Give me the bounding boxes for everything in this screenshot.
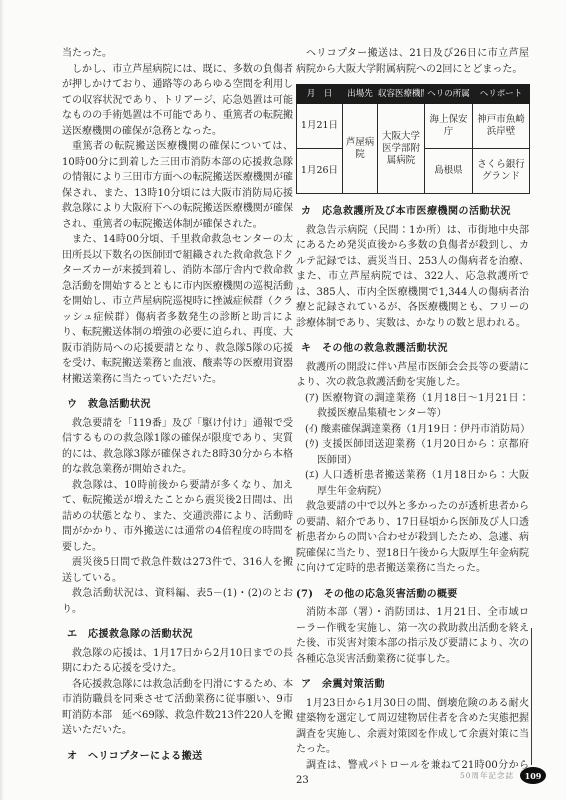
- section-heading-aid-stations: カ 応急救護所及び本市医療機関の活動状況: [301, 204, 529, 220]
- paragraph: 救急活動状況は、資料編、表5－(1)・(2)のとおり。: [62, 586, 293, 617]
- footer-publication-label: 50周年記念誌: [460, 770, 514, 781]
- right-text-column: ヘリコプター搬送は、21日及び26日に市立芦屋病院から大阪大学附属病院への2回に…: [296, 46, 529, 789]
- table-header-row: 月 日 出場先 収容医療機関 ヘリの所属 ヘリポート: [297, 85, 530, 104]
- left-text-column: 当たった。 しかし、市立芦屋病院には、既に、多数の負傷者が押しかけており、通路等…: [62, 46, 293, 767]
- paragraph: 救急要請を「119番」及び「駆け付け」通報で受信するものの救急隊1隊の確保が限度…: [62, 416, 293, 478]
- list-item: (ｲ) 酸素確保調達業務（1月19日：伊丹市消防局）: [300, 422, 529, 438]
- table-header-date: 月 日: [297, 85, 343, 104]
- list-item: (ｴ) 人口透析患者搬送業務（1月18日から：大阪厚生年金病院）: [300, 468, 529, 499]
- cell-date: 1月21日: [297, 104, 343, 149]
- paragraph: 震災後5日間で救急件数は273件で、316人を搬送している。: [62, 555, 293, 586]
- section-heading-other-disaster-activities: (7) その他の応急災害活動の概要: [296, 587, 529, 603]
- page-number-rule: [531, 628, 532, 765]
- paragraph: また、14時00分頃、千里救命救急センターの太田所長以下数名の医師団で組織された…: [62, 232, 293, 387]
- section-heading-helicopter-transport: オ ヘリコプターによる搬送: [67, 749, 293, 765]
- table-header-owner: ヘリの所属: [425, 85, 473, 104]
- paragraph: 救急隊の応援は、1月17日から2月10日までの長期にわたる応援を受けた。: [62, 646, 293, 677]
- cell-origin: 芦屋病院: [343, 104, 378, 194]
- paragraph: 当たった。: [62, 46, 293, 62]
- section-heading-support-squads: エ 応援救急隊の活動状況: [67, 627, 293, 643]
- table-header-hospital: 収容医療機関: [378, 85, 425, 104]
- cell-hospital: 大阪大学医学部附属病院: [378, 104, 425, 194]
- paragraph: ヘリコプター搬送は、21日及び26日に市立芦屋病院から大阪大学附属病院への2回に…: [296, 46, 529, 77]
- section-heading-emergency-activity: ウ 救急活動状況: [67, 397, 293, 413]
- cell-date: 1月26日: [297, 149, 343, 194]
- list-item: (ｱ) 医療物資の調達業務（1月18日～1月21日：救援医療品集積センター等）: [300, 391, 529, 422]
- paragraph: 救急告示病院（民間：1か所）は、市街地中央部にあるため発災直後から多数の負傷者が…: [296, 223, 529, 332]
- section-heading-other-rescue: キ その他の救急救護活動状況: [301, 341, 529, 357]
- table-header-heliport: ヘリポート: [473, 85, 530, 104]
- table-row: 1月21日 芦屋病院 大阪大学医学部附属病院 海上保安庁 神戸市魚崎浜岸壁: [297, 104, 530, 149]
- paragraph: しかし、市立芦屋病院には、既に、多数の負傷者が押しかけており、通路等のあらゆる空…: [62, 62, 293, 140]
- table-header-origin: 出場先: [343, 85, 378, 104]
- paragraph: 1月23日から1月30日の間、倒壊危険のある耐火建築物を選定して周辺建物居住者を…: [296, 696, 529, 758]
- paragraph: 救急要請の中で以外と多かったのが透析患者からの要請、紹介であり、17日昼頃から医…: [296, 499, 529, 577]
- paragraph: 重篤者の転院搬送医療機関の確保については、10時00分に到着した三田市消防本部の…: [62, 139, 293, 232]
- page-number-badge: 109: [520, 767, 546, 784]
- cell-heliport: 神戸市魚崎浜岸壁: [473, 104, 530, 149]
- scan-edge-shadow: [0, 0, 4, 800]
- helicopter-transport-table: 月 日 出場先 収容医療機関 ヘリの所属 ヘリポート 1月21日 芦屋病院 大阪…: [296, 84, 530, 194]
- paragraph: 救急隊は、10時前後から要請が多くなり、加えて、転院搬送が増えたことから震災後2…: [62, 478, 293, 556]
- paragraph: 各応援救急隊には救急活動を円滑にするため、本市消防職員を同乗させて活動業務に従事…: [62, 677, 293, 739]
- cell-owner: 海上保安庁: [425, 104, 473, 149]
- paragraph: 消防本部（署）・消防団は、1月21日、全市域ローラー作戦を実施し、第一次の救助救…: [296, 605, 529, 667]
- list-item: (ｳ) 支援医師団送迎業務（1月20日から：京都府医師団）: [300, 437, 529, 468]
- cell-heliport: さくら銀行グランド: [473, 149, 530, 194]
- section-heading-aftershock-measures: ア 余震対策活動: [301, 677, 529, 693]
- paragraph: 救護所の開設に伴い芦屋市医師会会長等の要請により、次の救急救護活動を実施した。: [296, 360, 529, 391]
- page-footer: 50周年記念誌 109: [460, 767, 546, 784]
- scanned-document-page: { "document": { "footer": { "label": "50…: [0, 0, 566, 800]
- cell-owner: 島根県: [425, 149, 473, 194]
